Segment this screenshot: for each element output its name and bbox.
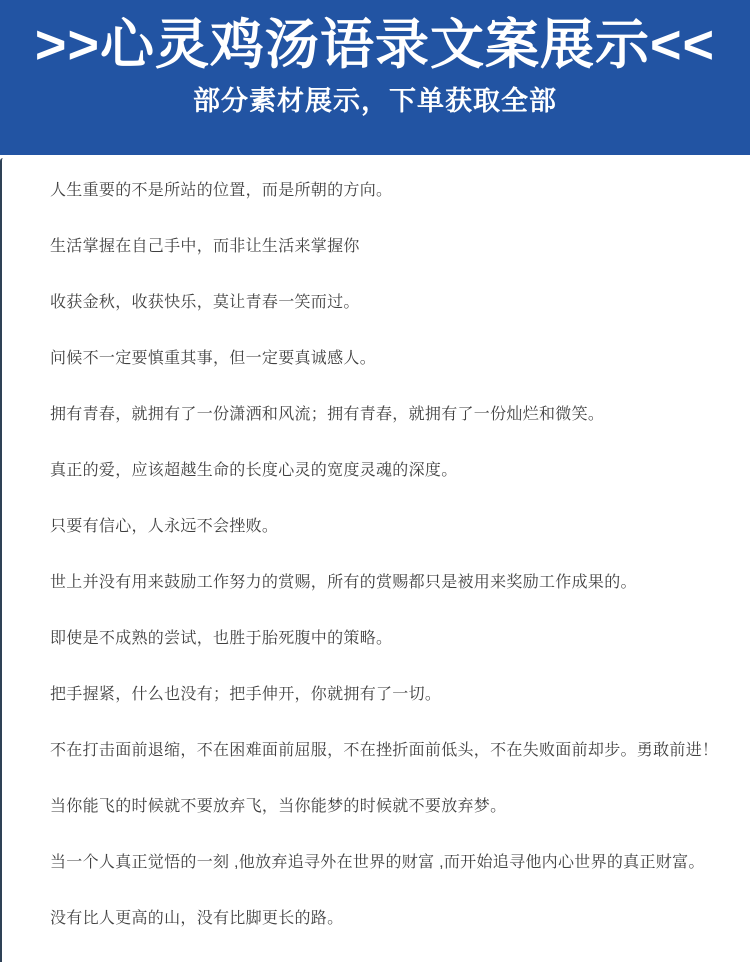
quote-line: 没有比人更高的山，没有比脚更长的路。 — [50, 908, 722, 930]
quote-line: 即使是不成熟的尝试，也胜于胎死腹中的策略。 — [50, 628, 722, 650]
quote-line: 生活掌握在自己手中，而非让生活来掌握你 — [50, 236, 722, 258]
quote-line: 世上并没有用来鼓励工作努力的赏赐，所有的赏赐都只是被用来奖励工作成果的。 — [50, 572, 722, 594]
quote-list-panel: 人生重要的不是所站的位置，而是所朝的方向。 生活掌握在自己手中，而非让生活来掌握… — [0, 158, 750, 962]
quote-line: 人生重要的不是所站的位置，而是所朝的方向。 — [50, 180, 722, 202]
quote-line: 收获金秋，收获快乐，莫让青春一笑而过。 — [50, 292, 722, 314]
quote-line: 不在打击面前退缩，不在困难面前屈服，不在挫折面前低头，不在失败面前却步。勇敢前进… — [50, 740, 722, 762]
banner-subtitle: 部分素材展示，下单获取全部 — [0, 86, 750, 116]
quote-line: 当一个人真正觉悟的一刻 ,他放弃追寻外在世界的财富 ,而开始追寻他内心世界的真正… — [50, 852, 722, 874]
quote-line: 当你能飞的时候就不要放弃飞，当你能梦的时候就不要放弃梦。 — [50, 796, 722, 818]
quote-line: 拥有青春，就拥有了一份潇洒和风流；拥有青春，就拥有了一份灿烂和微笑。 — [50, 404, 722, 426]
quote-line: 把手握紧，什么也没有；把手伸开，你就拥有了一切。 — [50, 684, 722, 706]
banner-header: >>心灵鸡汤语录文案展示<< 部分素材展示，下单获取全部 — [0, 0, 750, 155]
quote-line: 真正的爱，应该超越生命的长度心灵的宽度灵魂的深度。 — [50, 460, 722, 482]
promo-page: >>心灵鸡汤语录文案展示<< 部分素材展示，下单获取全部 人生重要的不是所站的位… — [0, 0, 750, 962]
quote-line: 只要有信心，人永远不会挫败。 — [50, 516, 722, 538]
banner-title: >>心灵鸡汤语录文案展示<< — [0, 0, 750, 76]
quote-line: 问候不一定要慎重其事，但一定要真诚感人。 — [50, 348, 722, 370]
